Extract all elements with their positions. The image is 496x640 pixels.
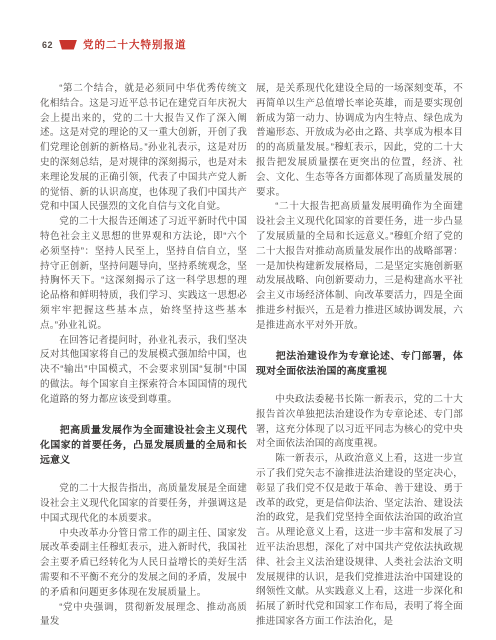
page-number: 62 [42,40,53,50]
subheading-rule-of-law: 把法治建设作为专章论述、专门部署，体现对全面依法治国的高度重视 [256,349,463,379]
paragraph: “二十大报告把高质量发展明确作为全面建设社会主义现代化国家的首要任务，进一步凸显… [256,200,463,333]
paragraph: “第二个结合，就是必须同中华优秀传统文化相结合。这是习近平总书记在建党百年庆祝大… [40,82,247,215]
paragraph-continued: 展，是关系现代化建设全局的一场深刻变革，不再简单以生产总值增长率论英雄，而是要实… [256,82,463,200]
paragraph: 中央政法委秘书长陈一新表示，党的二十大报告首次单独把法治建设作为专章论述、专门部… [256,393,463,452]
right-column: 展，是关系现代化建设全局的一场深刻变革，不再简单以生产总值增长率论英雄，而是要实… [256,82,463,630]
paragraph: 陈一新表示，从政治意义上看，这进一步宣示了我们党矢志不渝推进法治建设的坚定决心，… [256,452,463,630]
paragraph: “党中央强调，贯彻新发展理念、推动高质量发 [40,601,247,631]
magazine-page: 62 党的二十大特别报道 “第二个结合，就是必须同中华优秀传统文化相结合。这是习… [0,0,496,640]
red-flag-icon [59,40,77,50]
paragraph: 党的二十大报告指出，高质量发展是全面建设社会主义现代化国家的首要任务，并强调这是… [40,482,247,526]
left-column: “第二个结合，就是必须同中华优秀传统文化相结合。这是习近平总书记在建党百年庆祝大… [40,82,247,630]
paragraph: 在回答记者提问时，孙业礼表示，我们坚决反对其他国家将自己的发展模式强加给中国，也… [40,334,247,408]
running-header: 62 党的二十大特别报道 [42,37,187,52]
article-body: “第二个结合，就是必须同中华优秀传统文化相结合。这是习近平总书记在建党百年庆祝大… [40,82,463,630]
subheading-high-quality-development: 把高质量发展作为全面建设社会主义现代化国家的首要任务，凸显发展质量的全局和长远意… [40,423,247,469]
paragraph: 党的二十大报告还阐述了习近平新时代中国特色社会主义思想的世界观和方法论，即“六个… [40,215,247,333]
paragraph: 中央改革办分管日常工作的副主任、国家发展改革委副主任穆虹表示，进入新时代，我国社… [40,527,247,601]
section-title: 党的二十大特别报道 [83,37,187,52]
